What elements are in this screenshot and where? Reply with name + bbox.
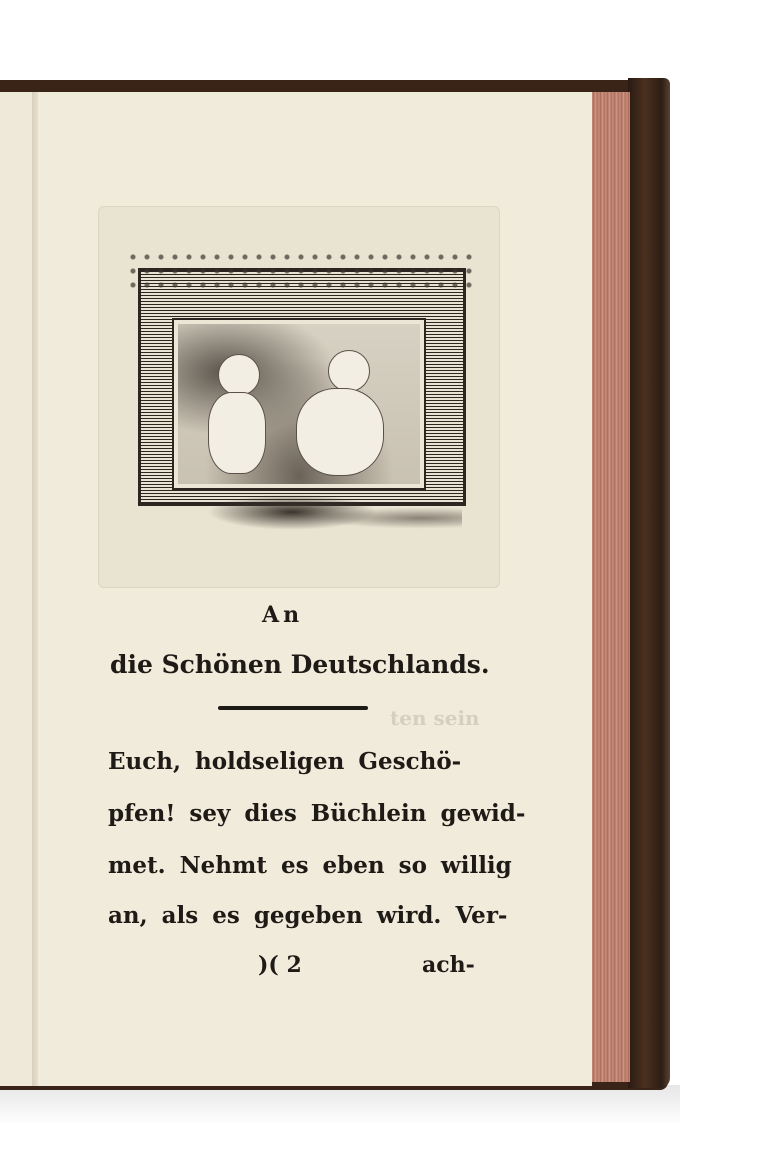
vignette-scene — [172, 318, 426, 490]
body-line: an, als es gegeben wird. Ver- — [108, 902, 507, 929]
seated-child-head — [328, 350, 370, 392]
dedication-heading: die Schönen Deutschlands. — [110, 650, 490, 679]
body-line: Euch, holdseligen Geschö- — [108, 748, 461, 775]
body-line: pfen! sey dies Büchlein gewid- — [108, 800, 525, 827]
catchword: ach- — [422, 952, 475, 978]
kneeling-cherub-body — [208, 392, 266, 474]
book-shadow — [0, 1085, 680, 1125]
scene-background — [178, 324, 420, 484]
floral-garland — [126, 250, 472, 290]
ribbon-and-palm-ornament — [122, 488, 462, 548]
signature-mark: )( 2 — [258, 952, 302, 978]
seated-child-body — [296, 388, 384, 476]
left-page — [0, 92, 35, 1086]
dedication-heading-an: An — [262, 602, 303, 628]
kneeling-cherub-head — [218, 354, 260, 396]
body-line: met. Nehmt es eben so willig — [108, 852, 512, 879]
decorative-rule — [218, 706, 368, 710]
show-through-text: ten sein — [390, 706, 480, 730]
cover-edge — [628, 78, 670, 1088]
red-page-edges — [590, 92, 630, 1082]
